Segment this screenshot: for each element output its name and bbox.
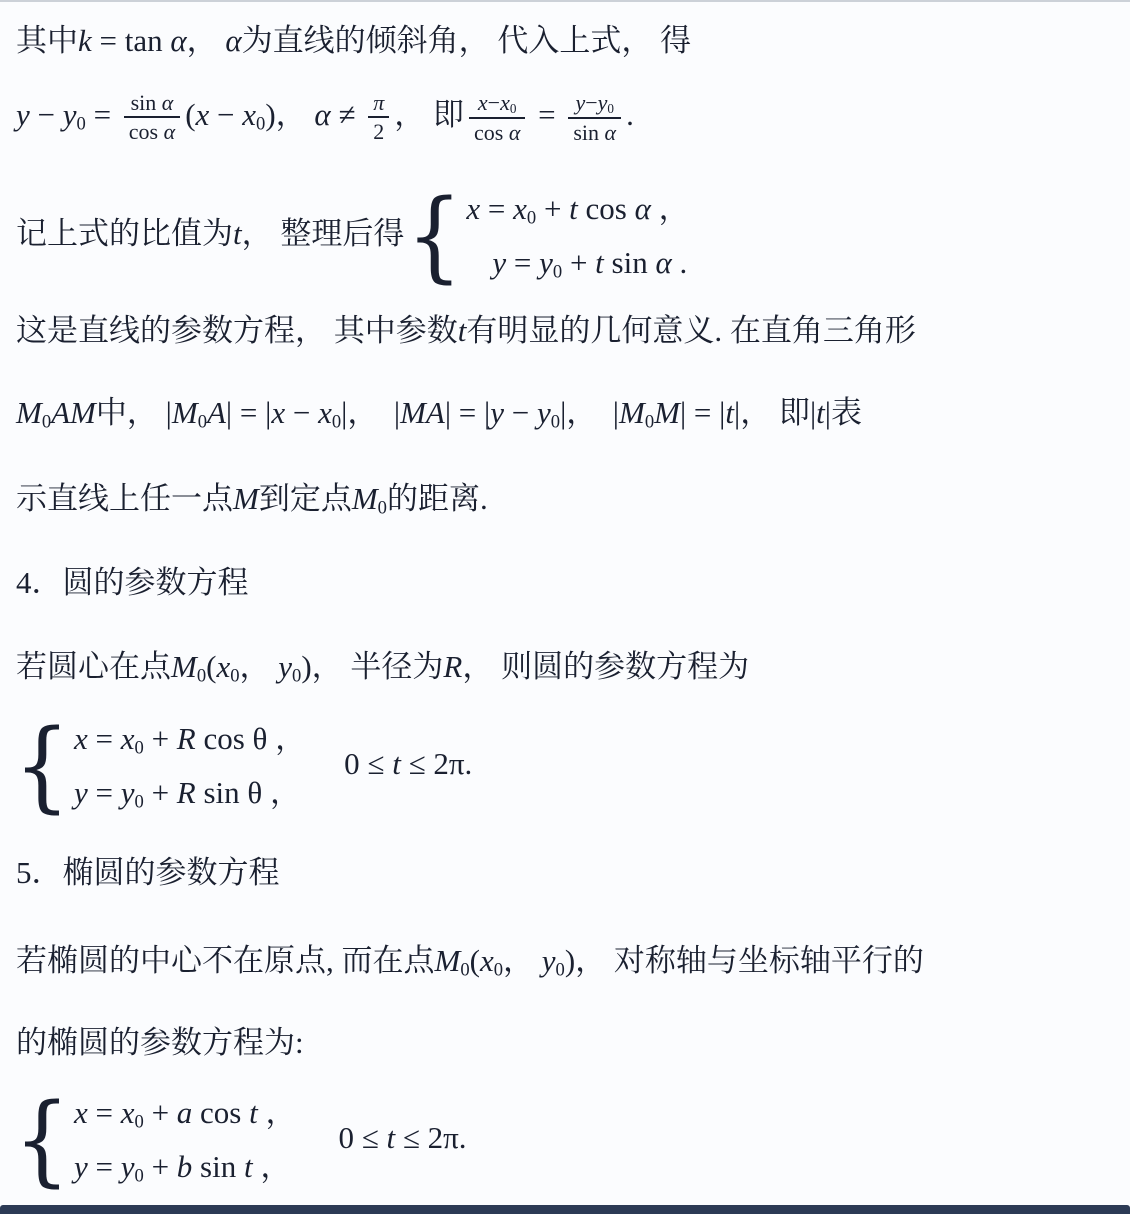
math-text: − [488,90,500,115]
math-variable: y [121,775,135,810]
math-text: cos [474,120,509,145]
chinese-text: 的距离. [387,481,488,516]
math-variable: t [244,1149,253,1184]
subscript: 0 [230,665,239,686]
fraction: x−x0cos α [469,90,525,146]
math-text: |， [734,395,779,430]
math-text: | = | [226,395,271,430]
line-heading-circle: 4．圆的参数方程 [16,560,249,606]
math-text: = [480,191,513,226]
math-variable: α [655,245,671,280]
math-text: ≤ 2π. [395,1120,466,1155]
math-variable: R [177,721,196,756]
math-variable: AM [51,395,96,430]
math-variable: t [392,746,401,781]
math-text: sin [131,90,162,115]
chinese-text: 示直线上任一点 [16,481,233,516]
chinese-text: 即 [779,395,810,430]
line-ellipse-intro-1: 若椭圆的中心不在原点, 而在点M0(x0， y0)， 对称轴与坐标轴平行的 [16,938,924,993]
fraction-numerator: y−y0 [570,90,619,117]
math-variable: y [598,90,608,115]
system-rows: x = x0 + R cos θ ，y = y0 + R sin θ ， [74,720,306,813]
math-variable: x [271,395,285,430]
fraction-denominator: sin α [568,117,621,146]
math-variable: α [635,191,651,226]
math-variable: M [172,395,198,430]
math-variable: y [16,97,30,132]
math-variable: α [509,120,521,145]
math-variable: x [480,943,494,978]
line-geometric-meaning-2: M0AM中， |M0A| = |x − x0|， |MA| = |y − y0|… [16,390,862,445]
math-text: − [585,90,597,115]
left-brace-icon: { [14,725,70,809]
chinese-text: 椭圆的参数方程 [63,855,280,890]
system-row: x = x0 + R cos θ ， [74,720,306,760]
math-variable: α [225,23,241,58]
math-variable: k [78,23,92,58]
subscript: 0 [135,1111,144,1132]
math-text: ( [206,649,216,684]
equation-system: {x = x0 + R cos θ ，y = y0 + R sin θ ， [14,720,306,813]
subscript: 0 [198,411,207,432]
math-text: ≤ 2π. [401,746,472,781]
math-variable: y [542,943,556,978]
math-variable: R [177,775,196,810]
fraction: y−y0sin α [568,90,621,146]
math-variable: M [619,395,645,430]
chinese-text: 半径为 [350,649,443,684]
math-text: cos [192,1095,249,1130]
math-text: sin [573,120,604,145]
line-circle-system: {x = x0 + R cos θ ，y = y0 + R sin θ ，0 ≤… [12,720,472,813]
system-row: x = x0 + a cos t ， [74,1094,297,1134]
subscript: 0 [197,665,206,686]
system-row: y = y0 + b sin t ， [74,1148,297,1188]
math-variable: M [654,395,680,430]
math-variable: t [569,191,578,226]
subscript: 0 [607,101,614,116]
math-text: = [86,97,119,132]
subscript: 0 [256,113,265,134]
chinese-text: 有明显的几何意义. 在直角三角形 [466,313,916,348]
math-text: = tan [92,23,171,58]
subscript: 0 [551,411,560,432]
math-text: 0 ≤ [339,1120,387,1155]
math-variable: x [478,90,488,115]
fraction-numerator: x−x0 [473,90,522,117]
subscript: 0 [135,791,144,812]
math-text: − [504,395,537,430]
math-variable: x [500,90,510,115]
math-text: = [530,97,563,132]
math-text: = [88,1095,121,1130]
math-variable: y [278,649,292,684]
math-variable: M [435,943,461,978]
math-text: + [144,1095,177,1130]
math-variable: y [121,1149,135,1184]
subscript: 0 [135,1165,144,1186]
line-heading-ellipse: 5．椭圆的参数方程 [16,850,280,896]
math-text: )， [565,943,614,978]
chinese-text: ， [187,23,226,58]
chinese-text: 的椭圆的参数方程为: [16,1025,304,1060]
math-text: ， [394,97,433,132]
math-text: 0 ≤ [344,746,392,781]
chinese-text: 若圆心在点 [16,649,171,684]
chinese-text: ， [240,649,279,684]
math-text: + [562,245,595,280]
math-variable: x [121,1095,135,1130]
subscript: 0 [510,101,517,116]
math-variable: a [177,1095,193,1130]
math-variable: x [242,97,256,132]
math-text: ( [470,943,480,978]
subscript: 0 [42,411,51,432]
math-variable: y [74,775,88,810]
math-variable: y [537,395,551,430]
line-ellipse-system: {x = x0 + a cos t ，y = y0 + b sin t ，0 ≤… [12,1094,467,1187]
system-row: y = y0 + R sin θ ， [74,774,306,814]
fraction-numerator: π [368,90,389,116]
math-variable: y [575,90,585,115]
math-variable: t [387,1120,396,1155]
chinese-text: 对称轴与坐标轴平行的 [614,943,924,978]
chinese-text: 若椭圆的中心不在原点, 而在点 [16,943,435,978]
left-brace-icon: { [406,195,462,279]
fraction-denominator: 2 [368,116,389,145]
document-page: 其中k = tan α， α为直线的倾斜角， 代入上式， 得y − y0 = s… [0,0,1130,1214]
math-text: = [88,775,121,810]
math-text: ( [185,97,195,132]
chinese-text: ， 整理后得 [242,216,405,251]
fraction-denominator: cos α [124,116,180,145]
bottom-bar [0,1205,1130,1214]
math-variable: α [164,119,176,144]
math-text: ≠ [331,97,364,132]
math-variable: t [725,395,734,430]
subscript: 0 [292,665,301,686]
math-text: |， [341,395,394,430]
subscript: 0 [527,207,536,228]
math-variable: x [74,721,88,756]
math-text: | = | [445,395,490,430]
line-geometric-meaning-3: 示直线上任一点M到定点M0的距离. [16,476,488,531]
math-variable: M [16,395,42,430]
math-text: cos [129,119,164,144]
math-text: ， [253,1149,292,1184]
subscript: 0 [494,959,503,980]
chinese-text: ， 则圆的参数方程为 [462,649,749,684]
math-text: cos θ ， [196,721,306,756]
system-row: y = y0 + t sin α . [492,244,689,284]
math-text: sin θ ， [196,775,301,810]
chinese-text: ， [503,943,542,978]
line-circle-intro: 若圆心在点M0(x0， y0)， 半径为R， 则圆的参数方程为 [16,644,749,699]
math-text: + [144,775,177,810]
subscript: 0 [553,261,562,282]
math-variable: b [177,1149,193,1184]
subscript: 0 [77,113,86,134]
chinese-text: 到定点 [259,481,352,516]
math-text: sin [192,1149,244,1184]
math-text: + [144,721,177,756]
chinese-text: 即 [433,97,464,132]
line-geometric-meaning-1: 这是直线的参数方程， 其中参数t有明显的几何意义. 在直角三角形 [16,308,916,354]
math-variable: t [249,1095,258,1130]
math-text: ， [651,191,690,226]
math-variable: y [490,395,504,430]
math-variable: α [162,90,174,115]
math-text: = [88,1149,121,1184]
math-variable: y [539,245,553,280]
math-variable: M [352,481,378,516]
math-variable: x [466,191,480,226]
system-rows: x = x0 + t cos α ，y = y0 + t sin α . [466,190,689,283]
math-text: + [144,1149,177,1184]
math-variable: t [816,395,825,430]
math-text: + [536,191,569,226]
chinese-text: 为直线的倾斜角， 代入上式， 得 [242,23,692,58]
subscript: 0 [460,959,469,980]
equation-system: {x = x0 + a cos t ，y = y0 + b sin t ， [14,1094,297,1187]
math-variable: t [595,245,604,280]
line-ellipse-intro-2: 的椭圆的参数方程为: [16,1020,304,1066]
math-text: )， [265,97,314,132]
chinese-text: 表 [831,395,862,430]
math-text: cos [578,191,635,226]
system-rows: x = x0 + a cos t ，y = y0 + b sin t ， [74,1094,297,1187]
subscript: 0 [378,497,387,518]
subscript: 0 [645,411,654,432]
math-variable: M [171,649,197,684]
subscript: 0 [135,737,144,758]
chinese-text: 这是直线的参数方程， 其中参数 [16,313,458,348]
math-variable: M [233,481,259,516]
fraction-numerator: sin α [126,90,179,116]
math-text: = [88,721,121,756]
math-variable: α [605,120,617,145]
math-text: 5． [16,855,63,890]
math-text: 2 [373,119,384,144]
subscript: 0 [556,959,565,980]
math-text: )， [301,649,350,684]
fraction: sin αcos α [124,90,180,145]
math-text: |， [560,395,613,430]
fraction-denominator: cos α [469,117,525,146]
math-variable: x [121,721,135,756]
math-text: ， [258,1095,297,1130]
math-variable: x [318,395,332,430]
fraction: π2 [368,90,389,145]
equation-system: {x = x0 + t cos α ，y = y0 + t sin α . [406,190,689,283]
math-text: . [626,97,634,132]
math-variable: π [373,90,384,115]
line-parametric-line-system: 记上式的比值为t， 整理后得{x = x0 + t cos α ，y = y0 … [16,190,692,283]
math-variable: A [207,395,226,430]
math-text: sin [604,245,656,280]
math-text: − [30,97,63,132]
math-text: − [209,97,242,132]
math-variable: y [63,97,77,132]
math-text: − [285,395,318,430]
chinese-text: 其中 [16,23,78,58]
math-text: | = | [680,395,725,430]
math-variable: MA [400,395,445,430]
math-text: . [672,245,688,280]
subscript: 0 [332,411,341,432]
chinese-text: 中， [96,395,166,430]
math-variable: x [196,97,210,132]
chinese-text: 记上式的比值为 [16,216,233,251]
math-variable: y [74,1149,88,1184]
left-brace-icon: { [14,1099,70,1183]
math-variable: R [443,649,462,684]
math-variable: α [170,23,186,58]
math-text: 4． [16,565,63,600]
chinese-text: 圆的参数方程 [63,565,249,600]
math-variable: x [216,649,230,684]
line-intro-slope: 其中k = tan α， α为直线的倾斜角， 代入上式， 得 [16,18,691,64]
math-text: = [506,245,539,280]
math-variable: t [233,216,242,251]
math-variable: x [74,1095,88,1130]
line-slope-equation: y − y0 = sin αcos α(x − x0)， α ≠ π2， 即x−… [16,90,634,147]
system-row: x = x0 + t cos α ， [466,190,689,230]
math-variable: x [513,191,527,226]
math-variable: y [492,245,506,280]
math-variable: α [314,97,330,132]
